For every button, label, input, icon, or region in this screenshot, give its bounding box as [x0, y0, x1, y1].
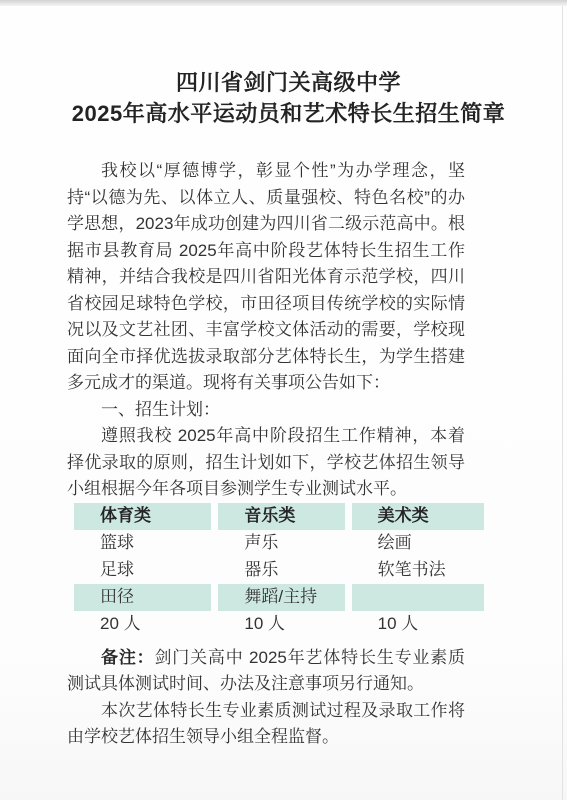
table-cell: 舞蹈/主持 — [218, 584, 344, 611]
intro-paragraph: 我校以“厚德博学，彰显个性”为办学理念，坚持“以德为先、以体立人、质量强校、特色… — [67, 158, 465, 397]
table-cell: 田径 — [74, 584, 211, 611]
table-row: 足球 器乐 软笔书法 — [74, 557, 484, 584]
closing-paragraph: 本次艺体特长生专业素质测试过程及录取工作将由学校艺体招生领导小组全程监督。 — [67, 698, 465, 751]
table-cell: 足球 — [74, 557, 211, 584]
document-body: 我校以“厚德博学，彰显个性”为办学理念，坚持“以德为先、以体立人、质量强校、特色… — [67, 158, 465, 751]
document-title-line1: 四川省剑门关高级中学 — [10, 67, 567, 98]
table-cell: 绘画 — [352, 530, 484, 557]
table-header-cell: 美术类 — [352, 503, 484, 530]
table-header-cell: 体育类 — [74, 503, 211, 530]
table-header-row: 体育类 音乐类 美术类 — [74, 503, 484, 530]
table-row: 田径 舞蹈/主持 — [74, 584, 484, 611]
table-cell: 器乐 — [218, 557, 344, 584]
section1-paragraph: 遵照我校 2025年高中阶段招生工作精神，本着择优录取的原则，招生计划如下，学校… — [67, 423, 465, 503]
table-cell: 篮球 — [74, 530, 211, 557]
enrollment-plan-table: 体育类 音乐类 美术类 篮球 声乐 绘画 足球 器乐 软笔书法 田径 舞蹈/主持… — [67, 503, 491, 638]
table-cell: 声乐 — [218, 530, 344, 557]
note-label: 备注： — [101, 648, 154, 667]
document-page: 四川省剑门关高级中学 2025年高水平运动员和艺术特长生招生简章 我校以“厚德博… — [0, 0, 567, 800]
table-header-cell: 音乐类 — [218, 503, 344, 530]
table-cell: 10 人 — [218, 611, 344, 638]
table-cell: 软笔书法 — [352, 557, 484, 584]
note-paragraph: 备注：剑门关高中 2025年艺体特长生专业素质测试具体测试时间、办法及注意事项另… — [67, 645, 465, 698]
photo-top-edge — [0, 0, 567, 6]
section1-heading: 一、招生计划： — [67, 397, 465, 424]
table-cell: 20 人 — [74, 611, 211, 638]
table-cell: 10 人 — [352, 611, 484, 638]
document-title: 四川省剑门关高级中学 2025年高水平运动员和艺术特长生招生简章 — [0, 67, 567, 129]
document-title-line2: 2025年高水平运动员和艺术特长生招生简章 — [10, 98, 567, 129]
table-row: 20 人 10 人 10 人 — [74, 611, 484, 638]
table-row: 篮球 声乐 绘画 — [74, 530, 484, 557]
table-cell — [352, 584, 484, 611]
